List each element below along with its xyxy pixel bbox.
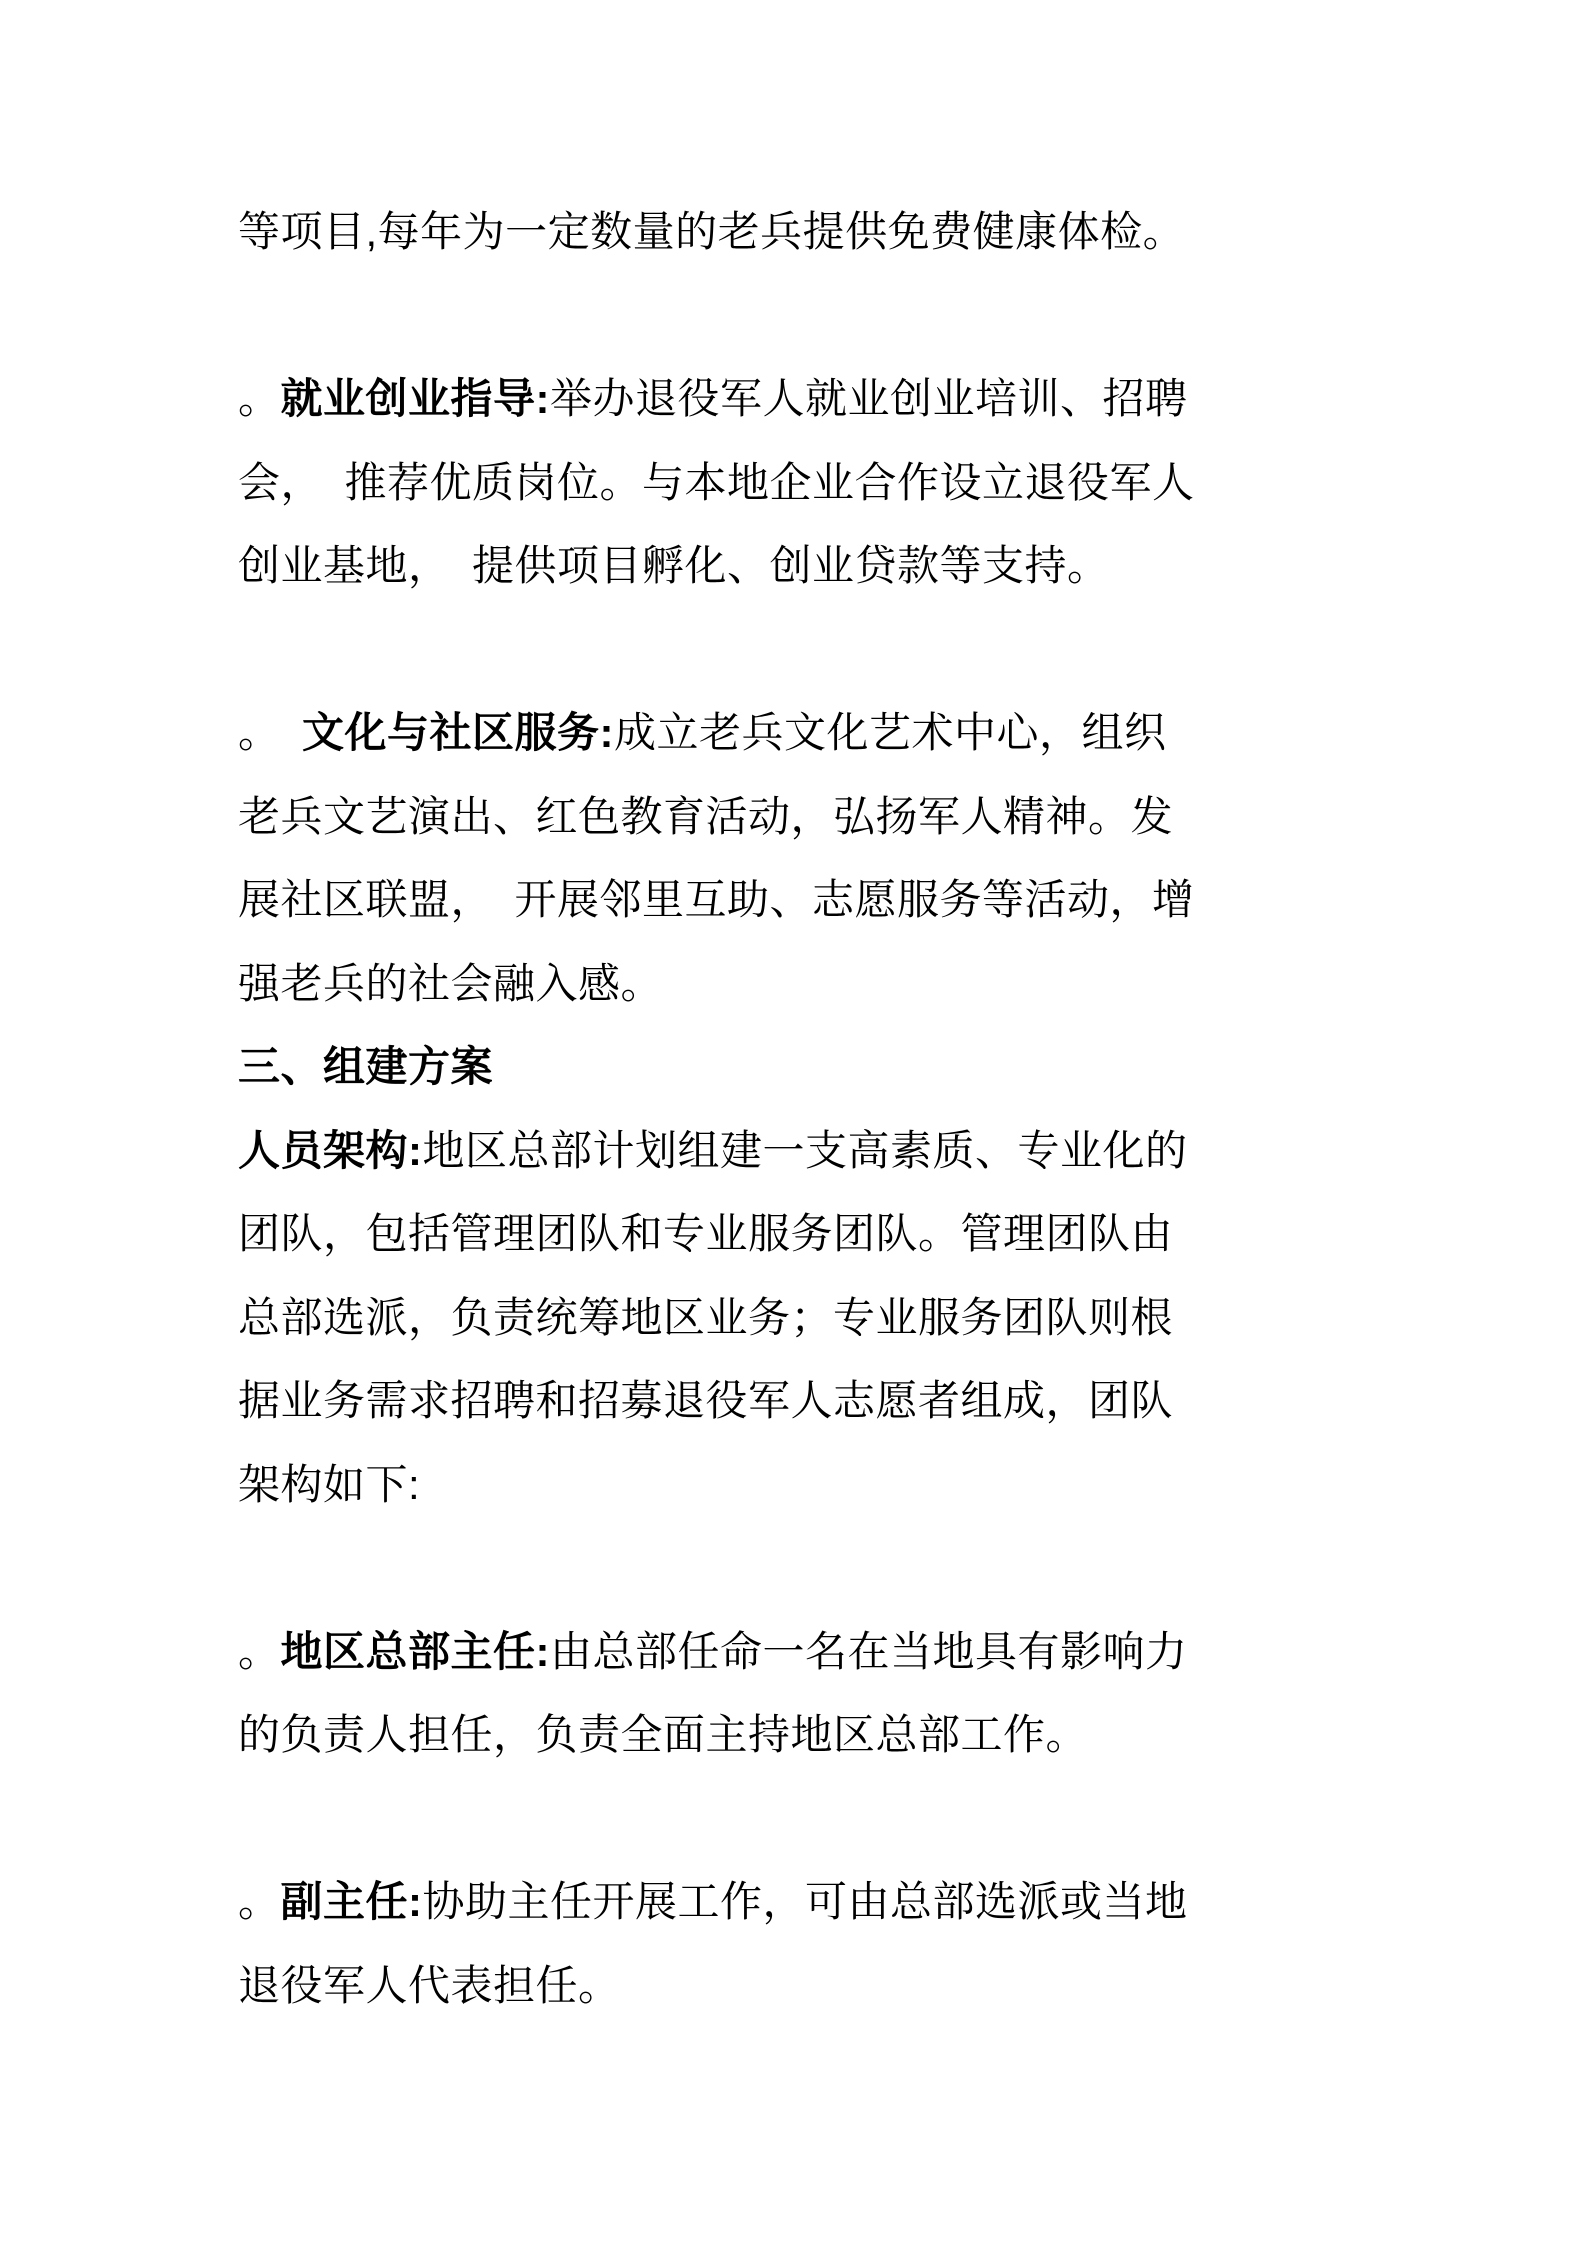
line-text: 等项目,每年为一定数量的老兵提供免费健康体检。 — [238, 208, 1185, 255]
line-text: 总部选派，负责统筹地区业务；专业服务团队则根 — [238, 1294, 1173, 1341]
text-line: 团队，包括管理团队和专业服务团队。管理团队由 — [238, 1192, 1268, 1276]
paragraph: 。地区总部主任:由总部任命一名在当地具有影响力 的负责人担任，负责全面主持地区总… — [238, 1610, 1268, 1777]
text-line: 。 文化与社区服务:成立老兵文化艺术中心，组织 — [238, 691, 1268, 775]
line-text: 成立老兵文化艺术中心，组织 — [614, 709, 1167, 756]
paragraph: 人员架构:地区总部计划组建一支高素质、专业化的 团队，包括管理团队和专业服务团队… — [238, 1109, 1268, 1527]
line-text: 老兵文艺演出、红色教育活动，弘扬军人精神。发 — [238, 793, 1173, 840]
line-text: 创业基地， 提供项目孵化、创业贷款等支持。 — [238, 542, 1110, 589]
document-body: 等项目,每年为一定数量的老兵提供免费健康体检。 。就业创业指导:举办退役军人就业… — [238, 190, 1268, 2027]
line-text: 举办退役军人就业创业培训、招聘 — [550, 375, 1188, 422]
bold-label: 副主任: — [281, 1878, 423, 1925]
text-line: 。副主任:协助主任开展工作，可由总部选派或当地 — [238, 1860, 1268, 1944]
text-line: 的负责人担任，负责全面主持地区总部工作。 — [238, 1693, 1268, 1777]
line-text: 由总部任命一名在当地具有影响力 — [550, 1628, 1188, 1675]
text-line: 展社区联盟， 开展邻里互助、志愿服务等活动，增 — [238, 858, 1268, 942]
document-page: 等项目,每年为一定数量的老兵提供免费健康体检。 。就业创业指导:举办退役军人就业… — [0, 0, 1587, 2245]
line-text: 地区总部计划组建一支高素质、专业化的 — [423, 1127, 1188, 1174]
line-text: 会， 推荐优质岗位。与本地企业合作设立退役军人 — [238, 459, 1195, 506]
line-text: 据业务需求招聘和招募退役军人志愿者组成，团队 — [238, 1377, 1173, 1424]
text-line: 创业基地， 提供项目孵化、创业贷款等支持。 — [238, 524, 1268, 608]
text-line: 据业务需求招聘和招募退役军人志愿者组成，团队 — [238, 1359, 1268, 1443]
bold-label: 文化与社区服务: — [302, 709, 614, 756]
text-line: 。就业创业指导:举办退役军人就业创业培训、招聘 — [238, 357, 1268, 441]
text-line: 人员架构:地区总部计划组建一支高素质、专业化的 — [238, 1109, 1268, 1193]
bullet-marker: 。 — [238, 1628, 281, 1675]
line-text: 协助主任开展工作，可由总部选派或当地 — [423, 1878, 1188, 1925]
paragraph: 等项目,每年为一定数量的老兵提供免费健康体检。 — [238, 190, 1268, 274]
bold-label: 地区总部主任: — [281, 1628, 551, 1675]
bullet-marker: 。 — [238, 375, 281, 422]
text-line: 强老兵的社会融入感。 — [238, 942, 1268, 1026]
text-line: 总部选派，负责统筹地区业务；专业服务团队则根 — [238, 1276, 1268, 1360]
line-text: 的负责人担任，负责全面主持地区总部工作。 — [238, 1711, 1088, 1758]
text-line: 老兵文艺演出、红色教育活动，弘扬军人精神。发 — [238, 775, 1268, 859]
paragraph: 。副主任:协助主任开展工作，可由总部选派或当地 退役军人代表担任。 — [238, 1860, 1268, 2027]
heading-text: 三、组建方案 — [238, 1043, 493, 1090]
bullet-marker: 。 — [238, 1878, 281, 1925]
heading-line: 三、组建方案 — [238, 1025, 1268, 1109]
bold-label: 人员架构: — [238, 1127, 423, 1174]
line-text: 架构如下: — [238, 1461, 420, 1508]
text-line: 会， 推荐优质岗位。与本地企业合作设立退役军人 — [238, 441, 1268, 525]
section-heading: 三、组建方案 — [238, 1025, 1268, 1109]
bullet-marker: 。 — [238, 709, 302, 756]
bold-label: 就业创业指导: — [281, 375, 551, 422]
line-text: 团队，包括管理团队和专业服务团队。管理团队由 — [238, 1210, 1173, 1257]
text-line: 。地区总部主任:由总部任命一名在当地具有影响力 — [238, 1610, 1268, 1694]
line-text: 强老兵的社会融入感。 — [238, 960, 663, 1007]
line-text: 展社区联盟， 开展邻里互助、志愿服务等活动，增 — [238, 876, 1195, 923]
paragraph: 。就业创业指导:举办退役军人就业创业培训、招聘 会， 推荐优质岗位。与本地企业合… — [238, 357, 1268, 608]
text-line: 退役军人代表担任。 — [238, 1944, 1268, 2028]
line-text: 退役军人代表担任。 — [238, 1962, 621, 2009]
paragraph: 。 文化与社区服务:成立老兵文化艺术中心，组织 老兵文艺演出、红色教育活动，弘扬… — [238, 691, 1268, 1025]
text-line: 等项目,每年为一定数量的老兵提供免费健康体检。 — [238, 190, 1268, 274]
text-line: 架构如下: — [238, 1443, 1268, 1527]
